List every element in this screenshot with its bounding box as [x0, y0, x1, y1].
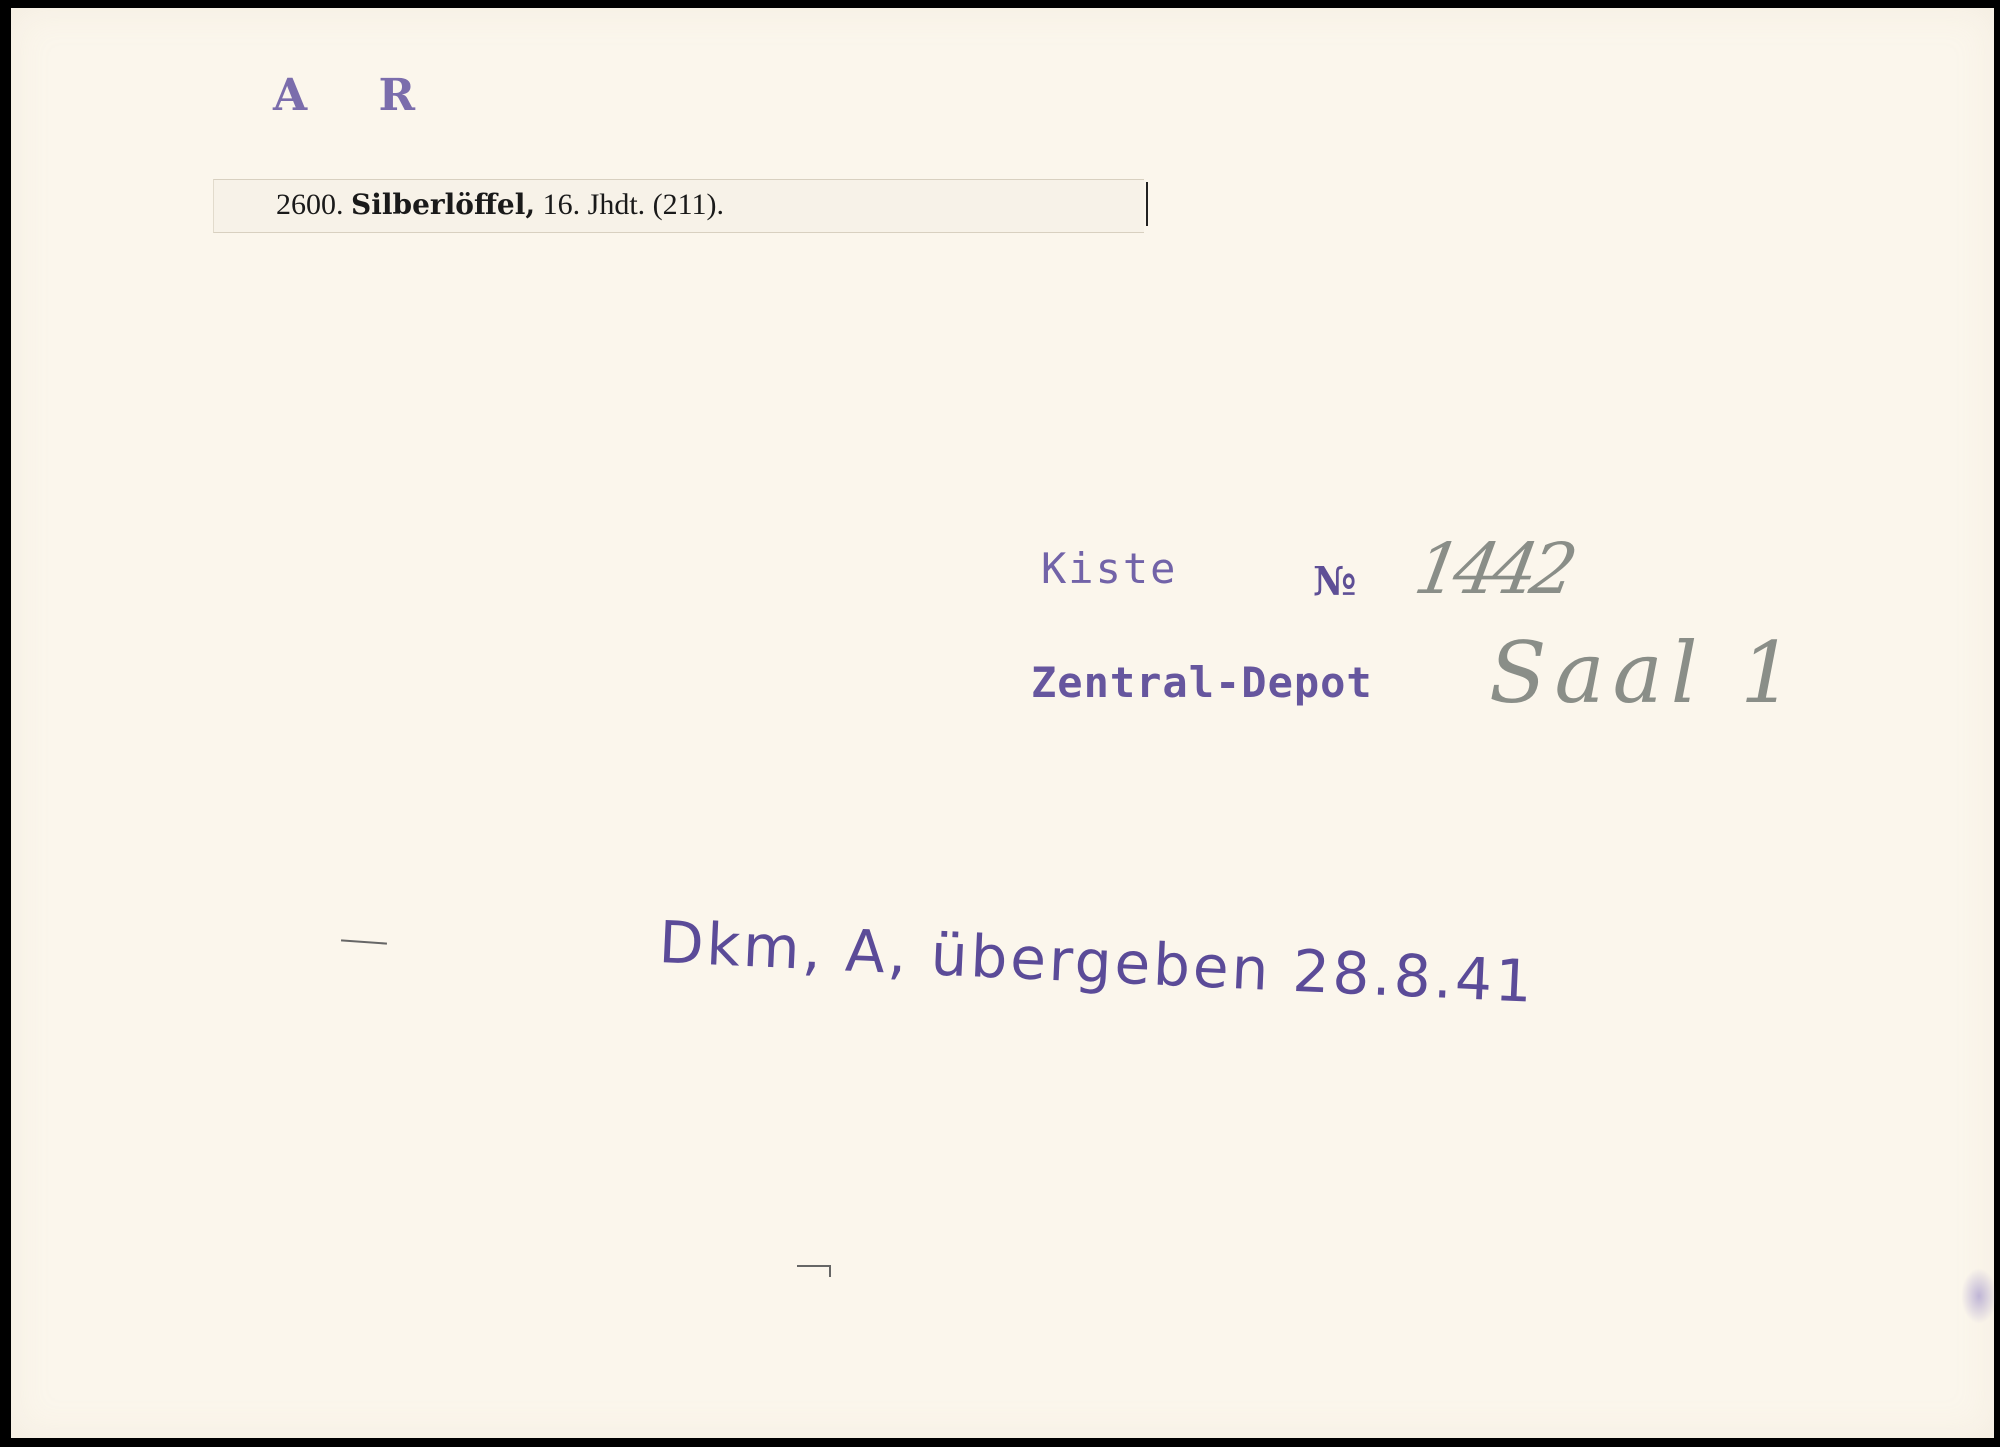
- item-number: 2600.: [276, 188, 344, 221]
- handwritten-location: Saal 1: [1489, 624, 1802, 722]
- pencil-mark-dash: [341, 939, 387, 944]
- item-title: Silberlöffel,: [351, 188, 535, 221]
- transfer-date-stamp: Dkm, A, übergeben 28.8.41: [657, 908, 1536, 1016]
- printed-label-strip: 2600. Silberlöffel, 16. Jhdt. (211).: [213, 179, 1144, 233]
- ar-stamp: A R: [273, 70, 443, 121]
- strip-edge-line: [1146, 182, 1148, 226]
- item-ref: (211).: [653, 188, 724, 221]
- kiste-stamp: Kiste: [1041, 544, 1177, 593]
- number-sign-stamp: №: [1313, 558, 1356, 605]
- label-text: 2600. Silberlöffel, 16. Jhdt. (211).: [276, 188, 724, 222]
- ink-smudge: [1961, 1268, 1997, 1324]
- archive-card: A R 2600. Silberlöffel, 16. Jhdt. (211).…: [11, 8, 1994, 1438]
- pencil-mark-hook: [797, 1265, 829, 1267]
- item-century: 16. Jhdt.: [543, 188, 646, 221]
- depot-stamp: Zentral-Depot: [1031, 658, 1373, 707]
- pencil-mark-hook-tail: [829, 1265, 831, 1277]
- handwritten-box-number: 1442: [1409, 528, 1578, 610]
